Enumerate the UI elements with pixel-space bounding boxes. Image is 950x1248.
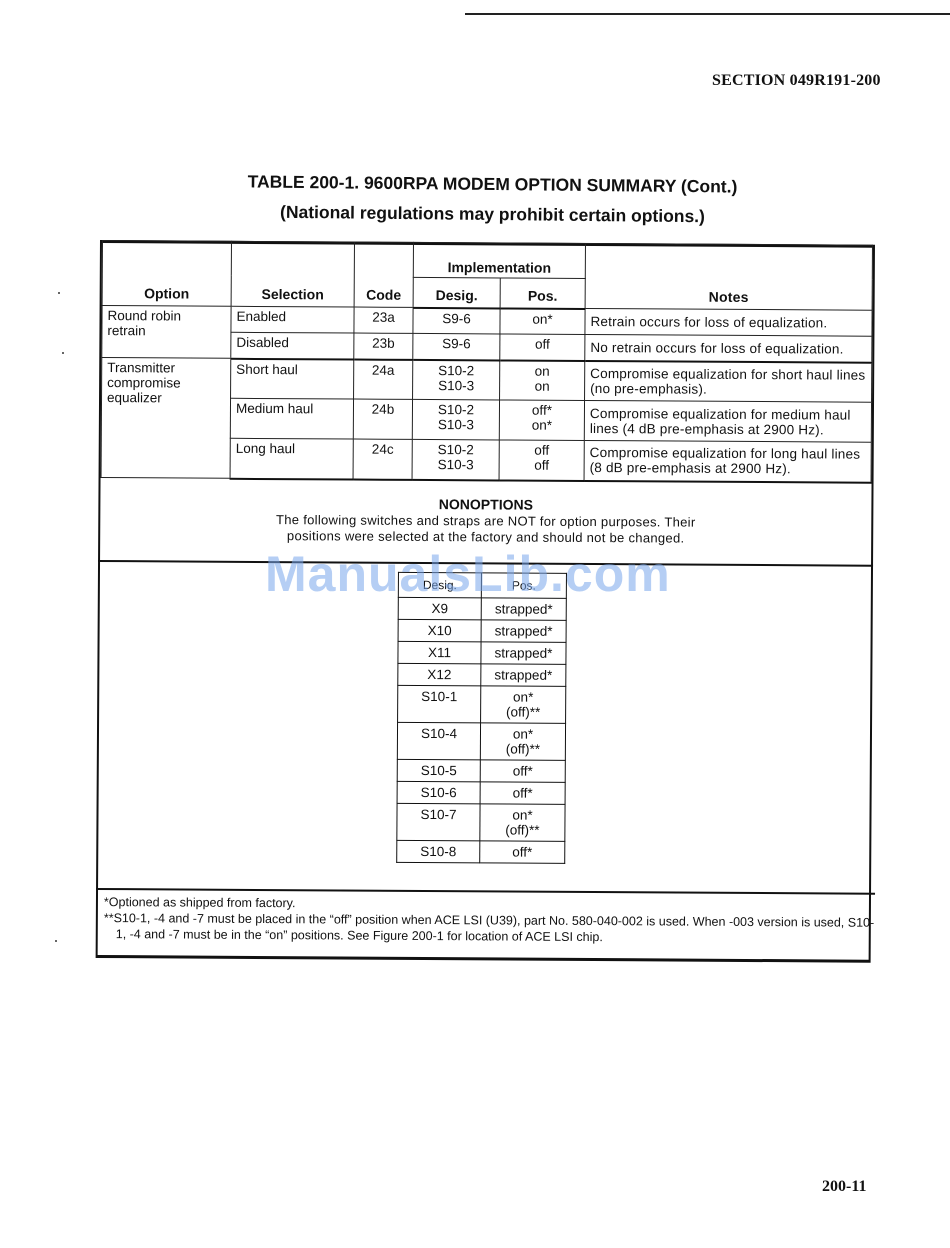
cell-option: Transmittercompromiseequalizer xyxy=(101,358,231,479)
cell-selection: Enabled xyxy=(231,306,354,333)
pos-value: on* xyxy=(484,807,560,822)
header-desig: Desig. xyxy=(413,277,500,308)
pos-value: off* xyxy=(505,402,579,417)
nonoption-desig: X10 xyxy=(398,619,481,642)
desig-value: S10-2 xyxy=(418,362,494,377)
header-pos: Pos. xyxy=(500,278,585,309)
cell-selection: Short haul xyxy=(231,358,354,399)
cell-desig: S9-6 xyxy=(413,333,500,360)
option-line: retrain xyxy=(107,323,225,339)
pos-value: (off)** xyxy=(485,704,561,719)
cell-code: 24a xyxy=(354,359,413,399)
cell-desig: S10-2S10-3 xyxy=(413,359,500,400)
pos-value: off xyxy=(505,457,579,472)
table-row: S10-1on*(off)** xyxy=(398,685,566,723)
nonoption-desig: S10-6 xyxy=(397,781,480,804)
section-header: SECTION 049R191-200 xyxy=(712,72,881,90)
pos-value: off xyxy=(505,442,579,457)
desig-value: S10-2 xyxy=(418,442,494,457)
pos-value: off* xyxy=(484,844,560,859)
table-row: S10-5off* xyxy=(397,759,565,782)
desig-value: S10-3 xyxy=(418,377,494,392)
pos-value: off* xyxy=(485,785,561,800)
top-rule xyxy=(465,13,950,15)
nonoption-pos: strapped* xyxy=(481,620,566,643)
pos-value: strapped* xyxy=(485,667,561,682)
table-row: S10-4on*(off)** xyxy=(397,722,565,760)
cell-notes: No retrain occurs for loss of equalizati… xyxy=(585,334,872,362)
nonoption-pos: off* xyxy=(480,782,565,805)
option-line: Transmitter xyxy=(107,360,225,376)
cell-code: 23a xyxy=(354,307,413,333)
table-subtitle: (National regulations may prohibit certa… xyxy=(0,199,950,230)
cell-desig: S9-6 xyxy=(413,307,500,334)
nonoption-desig: S10-7 xyxy=(397,803,480,841)
cell-notes: Retrain occurs for loss of equalization. xyxy=(585,308,872,336)
header-code: Code xyxy=(354,242,413,307)
nonoption-desig: S10-1 xyxy=(398,685,481,723)
header-selection: Selection xyxy=(231,241,354,307)
table-row: S10-8off* xyxy=(397,840,565,863)
pos-value: strapped* xyxy=(485,645,561,660)
table-row: X12strapped* xyxy=(398,663,566,686)
table-title: TABLE 200-1. 9600RPA MODEM OPTION SUMMAR… xyxy=(0,169,950,200)
cell-pos: on* xyxy=(500,308,585,335)
option-line: Round robin xyxy=(107,308,225,324)
cell-desig: S10-2S10-3 xyxy=(412,399,499,440)
watermark: ManualsLib.com xyxy=(265,545,671,603)
table-row: X11strapped* xyxy=(398,641,566,664)
nonoptions-body: X9strapped*X10strapped*X11strapped*X12st… xyxy=(397,597,567,863)
pos-value: on* xyxy=(485,726,561,741)
nonoption-desig: S10-4 xyxy=(397,722,480,760)
cell-code: 23b xyxy=(354,333,413,359)
cell-pos: offoff xyxy=(499,440,584,481)
pos-value: on xyxy=(505,363,579,378)
nonoption-desig: S10-8 xyxy=(397,840,480,863)
nonoption-pos: strapped* xyxy=(481,664,566,687)
cell-code: 24c xyxy=(353,439,412,479)
cell-pos: off xyxy=(500,334,585,361)
nonoption-desig: S10-5 xyxy=(397,759,480,782)
desig-value: S9-6 xyxy=(418,310,494,325)
cell-code: 24b xyxy=(353,399,412,439)
desig-value: S10-3 xyxy=(418,417,494,432)
pos-value: on* xyxy=(505,417,579,432)
cell-selection: Disabled xyxy=(231,332,354,359)
scan-speck xyxy=(62,352,64,354)
pos-value: on* xyxy=(505,311,579,326)
table-row: Round robinretrainEnabled23aS9-6on*Retra… xyxy=(102,306,872,337)
desig-value: S10-2 xyxy=(418,402,494,417)
nonoption-pos: off* xyxy=(480,760,565,783)
nonoptions-section: NONOPTIONS The following switches and st… xyxy=(98,494,873,548)
nonoption-desig: X11 xyxy=(398,641,481,664)
header-implementation: Implementation xyxy=(413,242,585,278)
table-row: X10strapped* xyxy=(398,619,566,642)
cell-notes: Compromise equalization for short haul l… xyxy=(585,360,872,402)
pos-value: strapped* xyxy=(486,601,562,616)
cell-pos: onon xyxy=(500,360,585,401)
nonoption-pos: strapped* xyxy=(481,642,566,665)
cell-selection: Medium haul xyxy=(230,398,353,439)
pos-value: (off)** xyxy=(484,822,560,837)
header-notes: Notes xyxy=(585,243,872,310)
cell-notes: Compromise equalization for medium haul … xyxy=(584,400,871,442)
cell-selection: Long haul xyxy=(230,438,353,479)
nonoption-pos: on*(off)** xyxy=(481,686,566,724)
pos-value: off xyxy=(505,336,579,351)
nonoption-pos: on*(off)** xyxy=(480,723,565,761)
page-number: 200-11 xyxy=(822,1178,866,1196)
desig-value: S10-3 xyxy=(418,457,494,472)
table-row: S10-6off* xyxy=(397,781,565,804)
cell-pos: off*on* xyxy=(499,400,584,441)
desig-value: S9-6 xyxy=(418,336,494,351)
cell-desig: S10-2S10-3 xyxy=(412,439,499,480)
scan-speck xyxy=(55,940,57,942)
scan-speck xyxy=(58,292,60,294)
pos-value: on xyxy=(505,378,579,393)
nonoption-desig: X12 xyxy=(398,663,481,686)
option-line: compromise xyxy=(107,375,225,391)
nonoption-pos: on*(off)** xyxy=(480,804,565,842)
footnotes: *Optioned as shipped from factory. **S10… xyxy=(96,888,875,947)
footnote-2: **S10-1, -4 and -7 must be placed in the… xyxy=(104,910,875,947)
nonoption-pos: off* xyxy=(480,841,565,864)
cell-option: Round robinretrain xyxy=(102,306,231,359)
table-row: S10-7on*(off)** xyxy=(397,803,565,841)
nonoptions-table: Desig. Pos. X9strapped*X10strapped*X11st… xyxy=(396,572,567,864)
pos-value: off* xyxy=(485,763,561,778)
option-line: equalizer xyxy=(107,390,225,406)
pos-value: (off)** xyxy=(485,741,561,756)
header-option: Option xyxy=(102,241,231,307)
pos-value: on* xyxy=(485,689,561,704)
pos-value: strapped* xyxy=(486,623,562,638)
cell-notes: Compromise equalization for long haul li… xyxy=(584,440,871,482)
options-body: Round robinretrainEnabled23aS9-6on*Retra… xyxy=(101,306,872,483)
table-row: TransmittercompromiseequalizerShort haul… xyxy=(102,358,872,403)
options-table: Option Selection Code Implementation Not… xyxy=(101,240,873,483)
